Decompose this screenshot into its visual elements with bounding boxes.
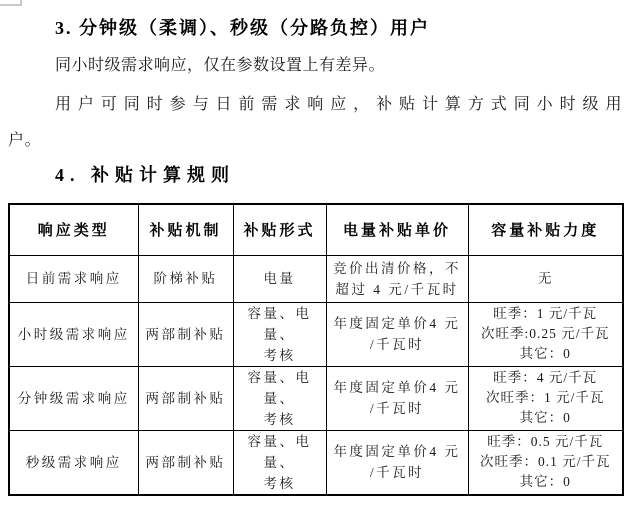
header-subsidy-mechanism: 补贴机制 <box>138 204 233 255</box>
cell-response-type: 分钟级需求响应 <box>9 366 138 430</box>
table-header-row: 响应类型 补贴机制 补贴形式 电量补贴单价 容量补贴力度 <box>9 204 623 255</box>
crop-artifact-vertical-line <box>20 0 22 6</box>
crop-artifact-horizontal-line <box>0 4 22 6</box>
cell-response-type: 日前需求响应 <box>9 255 138 302</box>
table-row-minute-level: 分钟级需求响应 两部制补贴 容量、电量、 考核 年度固定单价4 元 /千瓦时 旺… <box>9 366 623 430</box>
cell-subsidy-form: 容量、电量、 考核 <box>233 430 326 495</box>
table-row-hourly: 小时级需求响应 两部制补贴 容量、电量、 考核 年度固定单价4 元 /千瓦时 旺… <box>9 302 623 366</box>
header-subsidy-form: 补贴形式 <box>233 204 326 255</box>
cell-energy-subsidy-price: 竞价出清价格，不 超过 4 元/千瓦时 <box>326 255 468 302</box>
cell-subsidy-form: 电量 <box>233 255 326 302</box>
table-row-second-level: 秒级需求响应 两部制补贴 容量、电量、 考核 年度固定单价4 元 /千瓦时 旺季… <box>9 430 623 495</box>
cell-subsidy-mechanism: 两部制补贴 <box>138 302 233 366</box>
cell-subsidy-form: 容量、电量、 考核 <box>233 302 326 366</box>
cell-response-type: 秒级需求响应 <box>9 430 138 495</box>
cell-capacity-subsidy-level: 旺季：0.5 元/千瓦 次旺季：0.1 元/千瓦 其它：0 <box>468 430 623 495</box>
cell-energy-subsidy-price: 年度固定单价4 元 /千瓦时 <box>326 366 468 430</box>
header-capacity-subsidy-level: 容量补贴力度 <box>468 204 623 255</box>
cell-capacity-subsidy-level: 旺季：4 元/千瓦 次旺季：1 元/千瓦 其它：0 <box>468 366 623 430</box>
cell-subsidy-mechanism: 两部制补贴 <box>138 366 233 430</box>
section-heading-4: 4. 补贴计算规则 <box>55 163 630 187</box>
cell-capacity-subsidy-level: 无 <box>468 255 623 302</box>
cell-subsidy-mechanism: 阶梯补贴 <box>138 255 233 302</box>
section-heading-3: 3. 分钟级（柔调）、秒级（分路负控）用户 <box>55 16 630 40</box>
paragraph-1: 同小时级需求响应，仅在参数设置上有差异。 <box>55 54 630 78</box>
cell-subsidy-mechanism: 两部制补贴 <box>138 430 233 495</box>
cell-capacity-subsidy-level: 旺季：1 元/千瓦 次旺季:0.25 元/千瓦 其它：0 <box>468 302 623 366</box>
table-row-day-ahead: 日前需求响应 阶梯补贴 电量 竞价出清价格，不 超过 4 元/千瓦时 无 <box>9 255 623 302</box>
header-response-type: 响应类型 <box>9 204 138 255</box>
cell-energy-subsidy-price: 年度固定单价4 元 /千瓦时 <box>326 302 468 366</box>
cell-subsidy-form: 容量、电量、 考核 <box>233 366 326 430</box>
header-energy-subsidy-price: 电量补贴单价 <box>326 204 468 255</box>
paragraph-2-line-1: 用户可同时参与日前需求响应，补贴计算方式同小时级用 <box>55 93 622 117</box>
document-page: 3. 分钟级（柔调）、秒级（分路负控）用户 同小时级需求响应，仅在参数设置上有差… <box>0 0 630 506</box>
paragraph-2-line-2: 户。 <box>8 129 630 153</box>
cell-energy-subsidy-price: 年度固定单价4 元 /千瓦时 <box>326 430 468 495</box>
subsidy-rules-table: 响应类型 补贴机制 补贴形式 电量补贴单价 容量补贴力度 日前需求响应 阶梯补贴… <box>8 203 624 496</box>
cell-response-type: 小时级需求响应 <box>9 302 138 366</box>
